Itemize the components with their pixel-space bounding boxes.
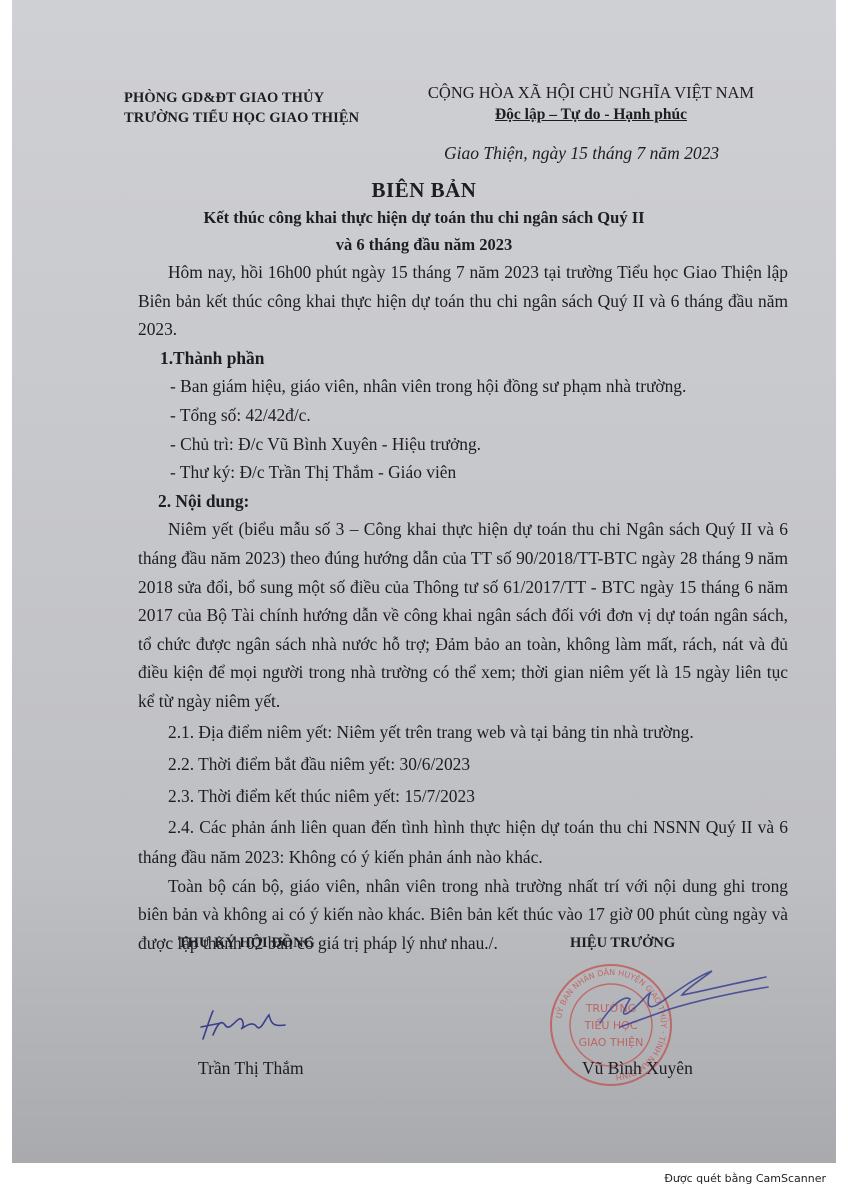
principal-signature-icon bbox=[590, 965, 770, 1035]
content-item: 2.2. Thời điểm bắt đầu niêm yết: 30/6/20… bbox=[138, 748, 788, 780]
content-item: 2.1. Địa điểm niêm yết: Niêm yết trên tr… bbox=[138, 716, 788, 748]
content-item: 2.3. Thời điểm kết thúc niêm yết: 15/7/2… bbox=[138, 780, 788, 812]
section-2-heading: 2. Nội dung: bbox=[138, 487, 788, 516]
department-name: PHÒNG GD&ĐT GIAO THỦY bbox=[124, 88, 359, 108]
intro-paragraph: Hôm nay, hồi 16h00 phút ngày 15 tháng 7 … bbox=[138, 258, 788, 344]
content-paragraph: Niêm yết (biểu mẫu số 3 – Công khai thực… bbox=[138, 515, 788, 715]
participant-item: - Ban giám hiệu, giáo viên, nhân viên tr… bbox=[138, 372, 788, 401]
secretary-title: THƯ KÝ HỘI ĐỒNG bbox=[178, 935, 315, 952]
participant-item: - Chủ trì: Đ/c Vũ Bình Xuyên - Hiệu trưở… bbox=[138, 430, 788, 459]
scanner-watermark: Được quét bằng CamScanner bbox=[664, 1172, 826, 1185]
place-date: Giao Thiện, ngày 15 tháng 7 năm 2023 bbox=[444, 143, 719, 164]
document-subtitle: Kết thúc công khai thực hiện dự toán thu… bbox=[0, 204, 848, 258]
secretary-name: Trần Thị Thắm bbox=[198, 1058, 304, 1079]
participant-item: - Thư ký: Đ/c Trần Thị Thắm - Giáo viên bbox=[138, 458, 788, 487]
participant-item: - Tổng số: 42/42đ/c. bbox=[138, 401, 788, 430]
principal-name: Vũ Bình Xuyên bbox=[582, 1058, 693, 1079]
secretary-signature-icon bbox=[195, 1005, 295, 1045]
section-1-heading: 1.Thành phần bbox=[138, 344, 788, 373]
document-title: BIÊN BẢN bbox=[0, 178, 848, 203]
school-name: TRƯỜNG TIỂU HỌC GIAO THIỆN bbox=[124, 108, 359, 128]
country-name: CỘNG HÒA XÃ HỘI CHỦ NGHĨA VIỆT NAM bbox=[410, 82, 772, 104]
content-item: 2.4. Các phản ánh liên quan đến tình hìn… bbox=[138, 812, 788, 872]
national-heading: CỘNG HÒA XÃ HỘI CHỦ NGHĨA VIỆT NAM Độc l… bbox=[410, 82, 772, 126]
document-body: Hôm nay, hồi 16h00 phút ngày 15 tháng 7 … bbox=[138, 258, 788, 957]
national-motto: Độc lập – Tự do - Hạnh phúc bbox=[410, 104, 772, 126]
subtitle-line: Kết thúc công khai thực hiện dự toán thu… bbox=[0, 204, 848, 231]
principal-title: HIỆU TRƯỞNG bbox=[570, 935, 675, 952]
subtitle-line: và 6 tháng đầu năm 2023 bbox=[0, 231, 848, 258]
issuing-authority: PHÒNG GD&ĐT GIAO THỦY TRƯỜNG TIỂU HỌC GI… bbox=[124, 88, 359, 128]
svg-text:GIAO THIỆN: GIAO THIỆN bbox=[579, 1036, 644, 1049]
